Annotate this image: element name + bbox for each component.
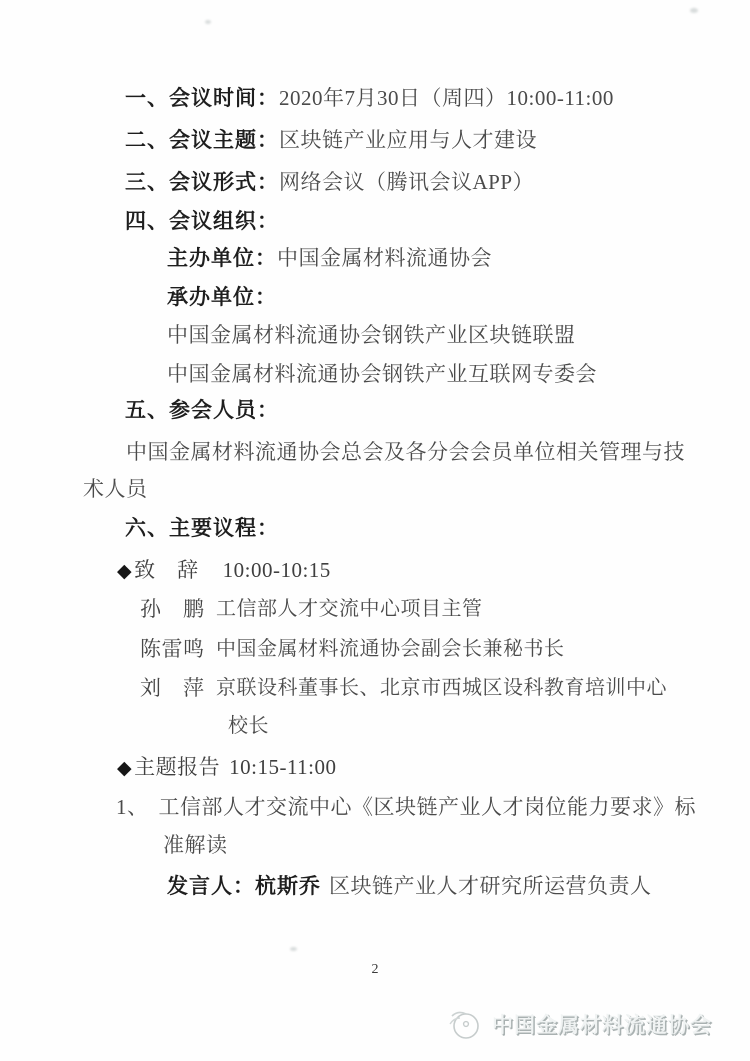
scan-speck [690, 8, 698, 13]
speaker-title: 工信部人才交流中心项目主管 [216, 596, 483, 622]
diamond-bullet-icon: ◆ [117, 560, 132, 582]
keynote-item-text: 工信部人才交流中心《区块链产业人才岗位能力要求》标 [159, 795, 697, 819]
agenda-heading: 六、主要议程： [125, 515, 279, 542]
meeting-time-line: 一、会议时间：2020年7月30日（周四）10:00-11:00 [125, 85, 614, 112]
meeting-time-value: 2020年7月30日（周四）10:00-11:00 [279, 86, 614, 110]
meeting-format-label: 三、会议形式： [125, 171, 279, 194]
footer-watermark: 中国金属材料流通协会 [446, 1006, 712, 1042]
organizer-item: 中国金属材料流通协会钢铁产业互联网专委会 [167, 361, 597, 387]
keynote-speaker-label: 发言人：杭斯乔 [167, 875, 321, 898]
keynote-time: 10:15-11:00 [229, 755, 336, 779]
keynote-item-text-cont: 准解读 [163, 833, 228, 857]
opening-time: 10:00-10:15 [223, 558, 331, 582]
agenda-opening-line: ◆致 辞10:00-10:15 [117, 557, 331, 584]
meeting-time-label: 一、会议时间： [125, 87, 279, 110]
meeting-org-label: 四、会议组织： [125, 210, 279, 233]
attendees-heading: 五、参会人员： [125, 397, 279, 424]
organizer-2: 中国金属材料流通协会钢铁产业互联网专委会 [167, 362, 597, 386]
scan-speck [290, 947, 297, 951]
footer-org-name: 中国金属材料流通协会 [492, 1009, 712, 1039]
host-unit-label: 主办单位： [167, 247, 277, 270]
speaker-row: 陈雷鸣 中国金属材料流通协会副会长兼秘书长 [140, 636, 565, 662]
host-unit-line: 主办单位：中国金属材料流通协会 [167, 245, 492, 272]
speaker-name: 刘 萍 [140, 675, 210, 701]
attendees-paragraph-line-2: 术人员 [83, 476, 148, 502]
attendees-text-1: 中国金属材料流通协会总会及各分会会员单位相关管理与技 [126, 440, 685, 464]
document-page: 一、会议时间：2020年7月30日（周四）10:00-11:00 二、会议主题：… [0, 0, 750, 1061]
organizer-item: 中国金属材料流通协会钢铁产业区块链联盟 [167, 322, 576, 348]
speaker-title-cont-text: 校长 [228, 715, 269, 737]
keynote-item-line-1: 1、工信部人才交流中心《区块链产业人才岗位能力要求》标 [116, 794, 696, 820]
speaker-row: 孙 鹏 工信部人才交流中心项目主管 [140, 596, 483, 622]
host-unit-value: 中国金属材料流通协会 [277, 246, 492, 270]
meeting-org-heading: 四、会议组织： [125, 208, 279, 235]
keynote-item-number: 1、 [116, 795, 149, 819]
scan-speck [205, 20, 211, 24]
speaker-name: 孙 鹏 [140, 596, 210, 622]
opening-title: 致 辞 [134, 558, 199, 582]
meeting-format-value: 网络会议（腾讯会议APP） [279, 170, 534, 194]
speaker-row: 刘 萍 京联设科董事长、北京市西城区设科教育培训中心 [140, 675, 667, 701]
speaker-name: 陈雷鸣 [140, 636, 210, 662]
speaker-title-continuation: 校长 [228, 712, 269, 739]
organizer-unit-label: 承办单位： [167, 286, 277, 309]
speaker-title: 京联设科董事长、北京市西城区设科教育培训中心 [216, 675, 667, 701]
association-logo-icon [446, 1006, 482, 1042]
speaker-title: 中国金属材料流通协会副会长兼秘书长 [216, 636, 565, 662]
keynote-speaker-line: 发言人：杭斯乔区块链产业人才研究所运营负责人 [167, 873, 652, 900]
keynote-speaker-title: 区块链产业人才研究所运营负责人 [329, 874, 652, 898]
organizer-unit-heading: 承办单位： [167, 284, 277, 311]
organizer-1: 中国金属材料流通协会钢铁产业区块链联盟 [167, 323, 576, 347]
diamond-bullet-icon: ◆ [117, 757, 132, 779]
page-number: 2 [0, 962, 750, 978]
agenda-keynote-line: ◆主题报告10:15-11:00 [117, 754, 337, 781]
meeting-topic-value: 区块链产业应用与人才建设 [279, 128, 537, 152]
agenda-label: 六、主要议程： [125, 517, 279, 540]
keynote-item-line-2: 准解读 [163, 832, 228, 858]
meeting-topic-label: 二、会议主题： [125, 129, 279, 152]
attendees-text-2: 术人员 [83, 477, 148, 501]
attendees-label: 五、参会人员： [125, 399, 279, 422]
meeting-format-line: 三、会议形式：网络会议（腾讯会议APP） [125, 169, 534, 196]
keynote-title: 主题报告 [134, 755, 220, 779]
meeting-topic-line: 二、会议主题：区块链产业应用与人才建设 [125, 127, 537, 154]
attendees-paragraph-line-1: 中国金属材料流通协会总会及各分会会员单位相关管理与技 [126, 439, 685, 465]
